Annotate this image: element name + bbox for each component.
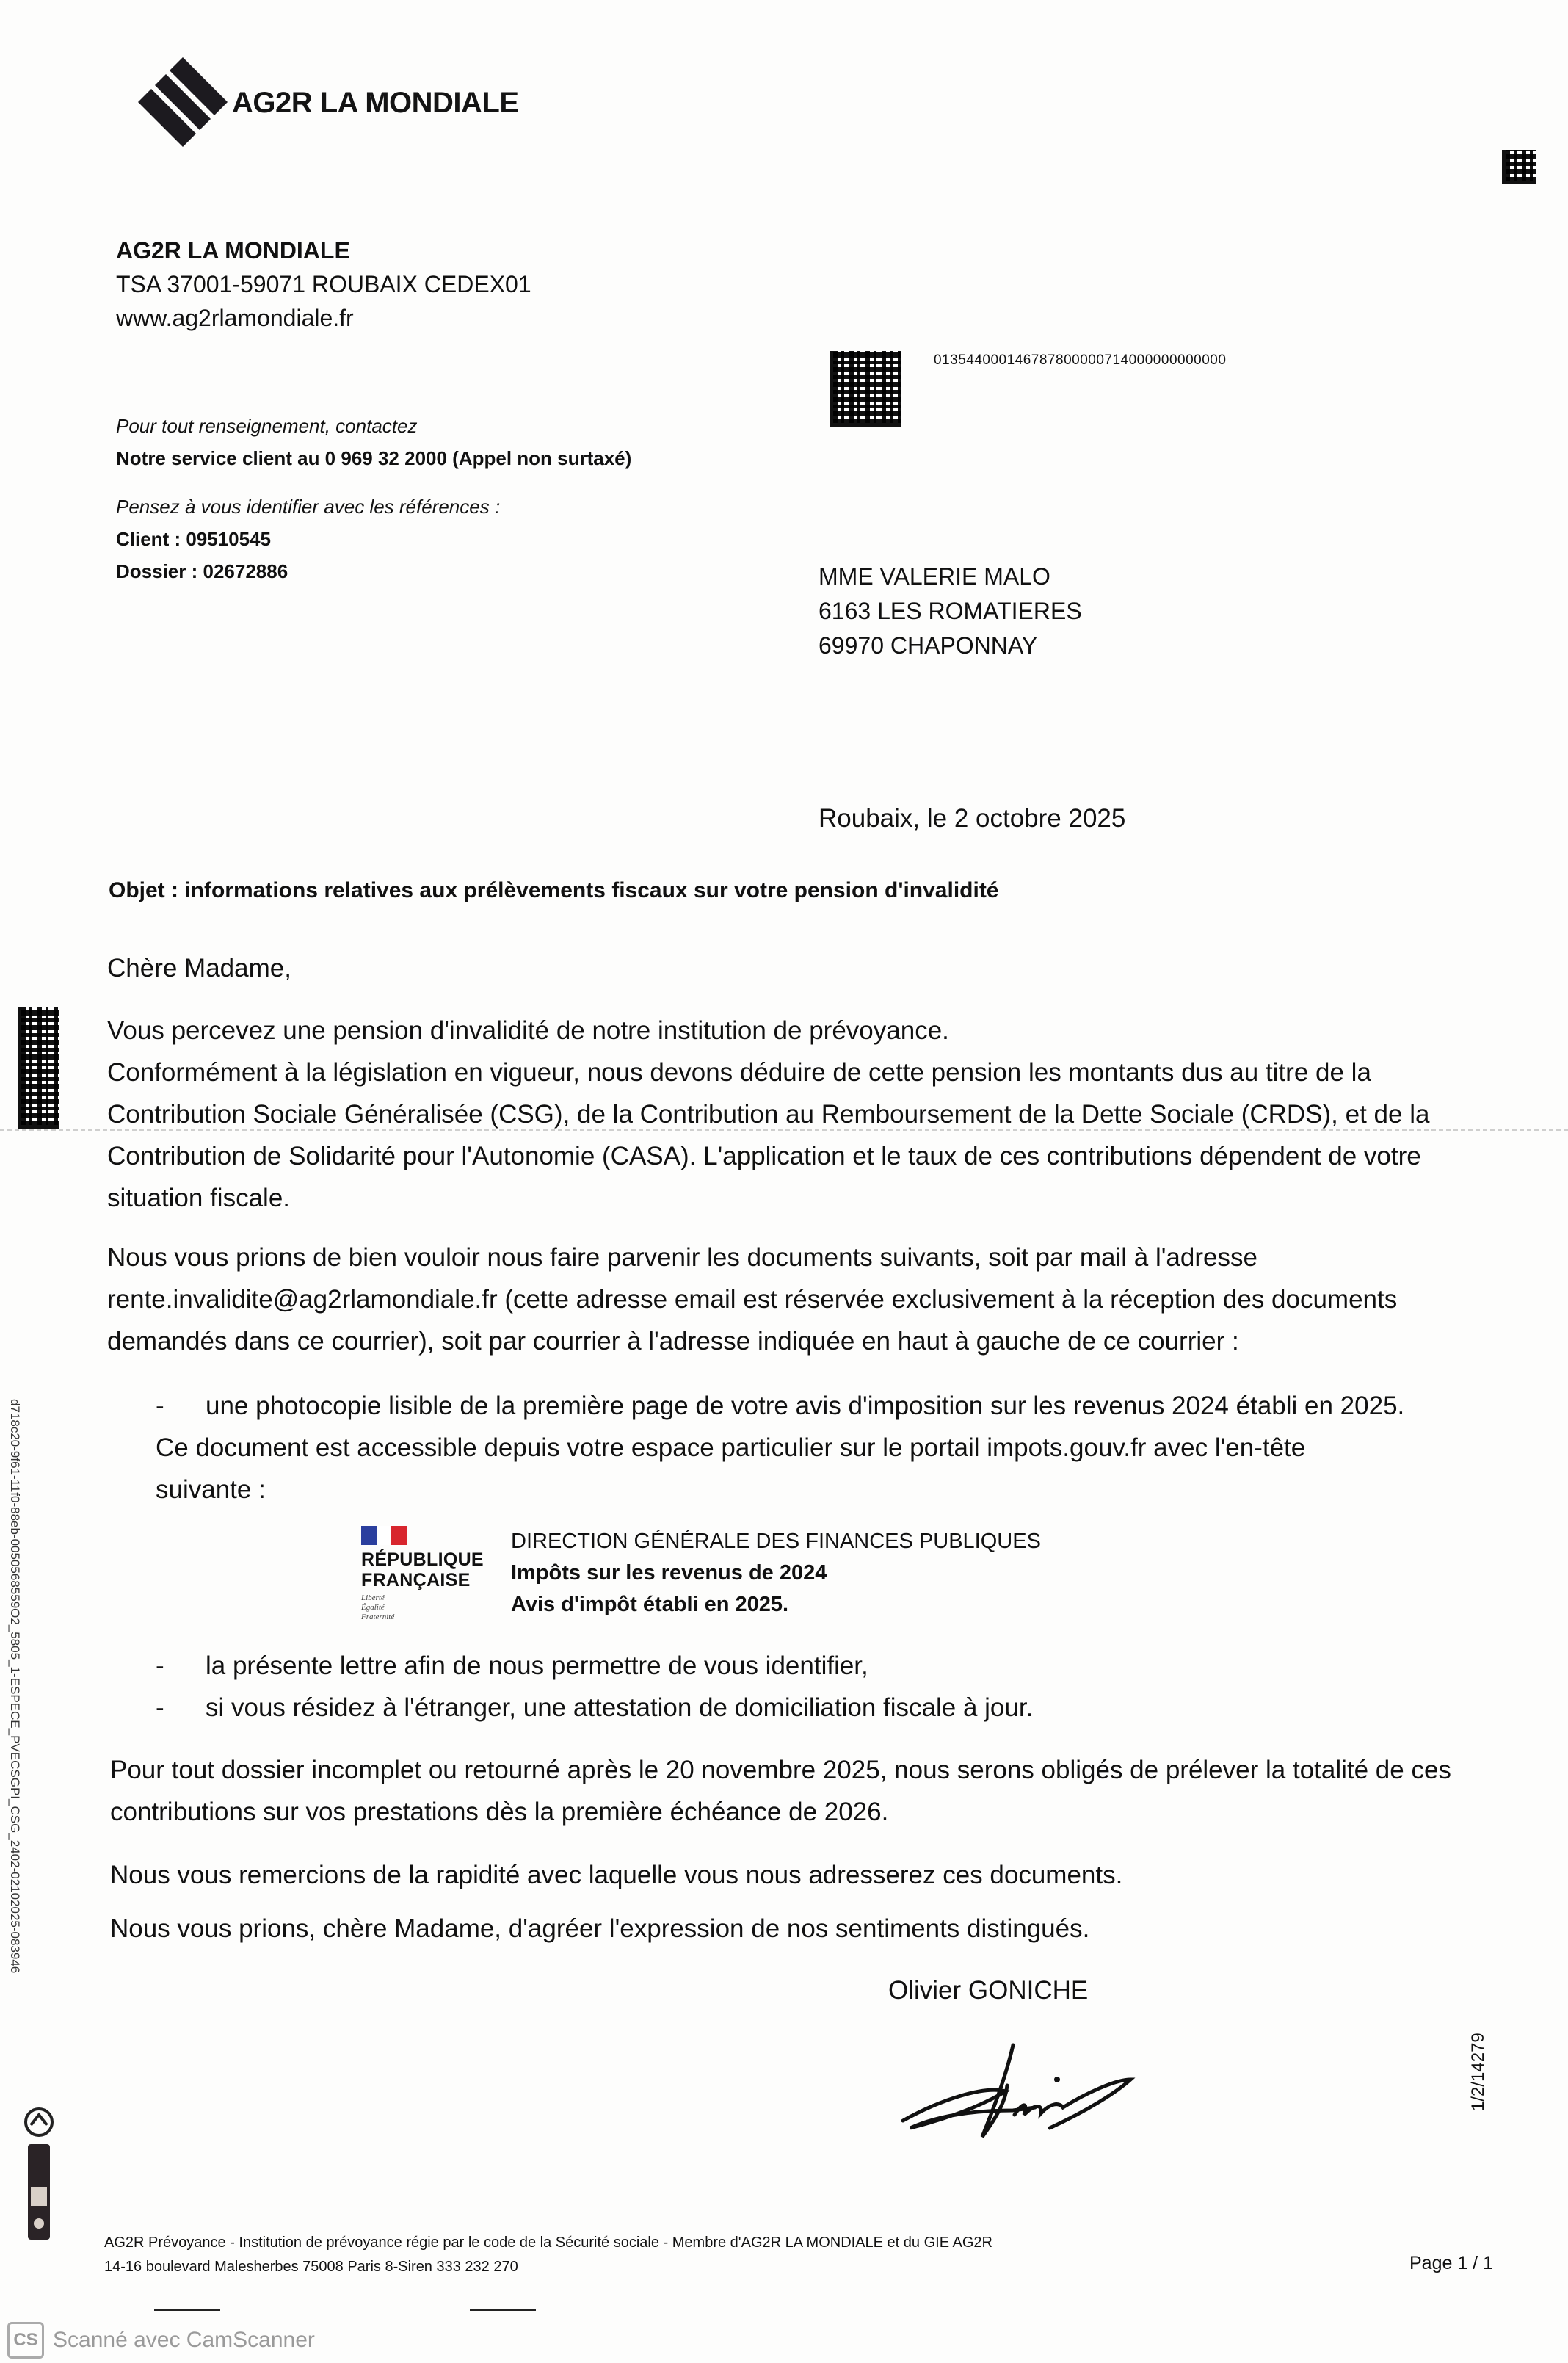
letter-subject: Objet : informations relatives aux prélè… — [109, 878, 999, 903]
paper-edge-mark — [154, 2309, 220, 2311]
footer-address-line: 14-16 boulevard Malesherbes 75008 Paris … — [104, 2255, 992, 2279]
dgfip-title: DIRECTION GÉNÉRALE DES FINANCES PUBLIQUE… — [511, 1526, 1041, 1557]
camscanner-text: Scanné avec CamScanner — [53, 2328, 315, 2353]
identify-note: Pensez à vous identifier avec les référe… — [116, 491, 631, 523]
bullet-marker: - — [156, 1385, 164, 1427]
tax-header-sample: DIRECTION GÉNÉRALE DES FINANCES PUBLIQUE… — [511, 1526, 1041, 1621]
paragraph-deadline: Pour tout dossier incomplet ou retourné … — [110, 1749, 1468, 1833]
client-reference: Client : 09510545 — [116, 523, 631, 555]
list-item-tax-notice-note: Ce document est accessible depuis votre … — [156, 1427, 1404, 1510]
page-number: Page 1 / 1 — [1409, 2253, 1493, 2274]
document-list-continued: - la présente lettre afin de nous permet… — [156, 1645, 1470, 1729]
tax-income-year: Impôts sur les revenus de 2024 — [511, 1557, 1041, 1589]
paragraph-1-intro: Vous percevez une pension d'invalidité d… — [107, 1010, 1480, 1052]
paragraph-2: Nous vous prions de bien vouloir nous fa… — [107, 1237, 1465, 1362]
sender-block: AG2R LA MONDIALE TSA 37001-59071 ROUBAIX… — [116, 234, 531, 335]
corner-datamatrix — [1502, 150, 1536, 184]
paper-edge-mark — [470, 2309, 536, 2311]
sender-website[interactable]: www.ag2rlamondiale.fr — [116, 301, 531, 335]
camscanner-watermark: CS Scanné avec CamScanner — [7, 2322, 315, 2359]
signature — [896, 2034, 1145, 2144]
paragraph-1-body: Conformément à la législation en vigueur… — [107, 1052, 1480, 1219]
tax-notice-year: Avis d'impôt établi en 2025. — [511, 1589, 1041, 1621]
list-item-residence-certificate: si vous résidez à l'étranger, une attest… — [206, 1693, 1033, 1722]
bullet-marker: - — [156, 1687, 164, 1729]
republique-francaise-logo: RÉPUBLIQUE FRANÇAISE Liberté Égalité Fra… — [361, 1526, 479, 1622]
customer-service-line: Notre service client au 0 969 32 2000 (A… — [116, 442, 631, 474]
republic-motto: Liberté Égalité Fraternité — [361, 1593, 479, 1622]
sender-name: AG2R LA MONDIALE — [116, 234, 531, 267]
camscanner-logo-icon: CS — [7, 2322, 44, 2359]
republique-label: RÉPUBLIQUE FRANÇAISE — [361, 1549, 479, 1591]
vertical-document-code: d718c20-9f61-11f0-88eb-0050568559O2_5805… — [7, 1399, 22, 1973]
dossier-reference: Dossier : 02672886 — [116, 555, 631, 587]
recipient-city: 69970 CHAPONNAY — [819, 629, 1082, 663]
sender-address: TSA 37001-59071 ROUBAIX CEDEX01 — [116, 267, 531, 301]
bullet-marker: - — [156, 1645, 164, 1687]
triman-recycling-icon — [21, 2106, 57, 2246]
french-flag-icon — [361, 1526, 407, 1545]
contact-intro: Pour tout renseignement, contactez — [116, 410, 631, 442]
paragraph-closing: Nous vous prions, chère Madame, d'agréer… — [110, 1908, 1490, 1950]
list-item-this-letter: la présente lettre afin de nous permettr… — [206, 1651, 868, 1680]
recipient-address: MME VALERIE MALO 6163 LES ROMATIERES 699… — [819, 560, 1082, 663]
salutation: Chère Madame, — [107, 947, 1487, 989]
vertical-reference-number: 1/2/14279 — [1468, 2033, 1489, 2111]
paragraph-thanks: Nous vous remercions de la rapidité avec… — [110, 1854, 1490, 1896]
datamatrix-barcode — [830, 351, 901, 427]
signatory-name: Olivier GONICHE — [888, 1969, 1182, 2011]
list-item-tax-notice: une photocopie lisible de la première pa… — [206, 1392, 1404, 1420]
legal-footer: AG2R Prévoyance - Institution de prévoya… — [104, 2231, 992, 2279]
margin-datamatrix — [18, 1007, 59, 1129]
recipient-name: MME VALERIE MALO — [819, 560, 1082, 594]
brand-name: AG2R LA MONDIALE — [232, 87, 519, 120]
recipient-street: 6163 LES ROMATIERES — [819, 594, 1082, 629]
letter-date: Roubaix, le 2 octobre 2025 — [819, 804, 1125, 833]
ag2r-diamond-logo-icon — [137, 56, 229, 148]
contact-block: Pour tout renseignement, contactez Notre… — [116, 410, 631, 587]
barcode-number: 013544000146787800000714000000000000 — [934, 352, 1226, 369]
document-list: - une photocopie lisible de la première … — [156, 1385, 1470, 1510]
footer-legal-line: AG2R Prévoyance - Institution de prévoya… — [104, 2231, 992, 2255]
paragraph-1: Vous percevez une pension d'invalidité d… — [107, 1010, 1480, 1219]
